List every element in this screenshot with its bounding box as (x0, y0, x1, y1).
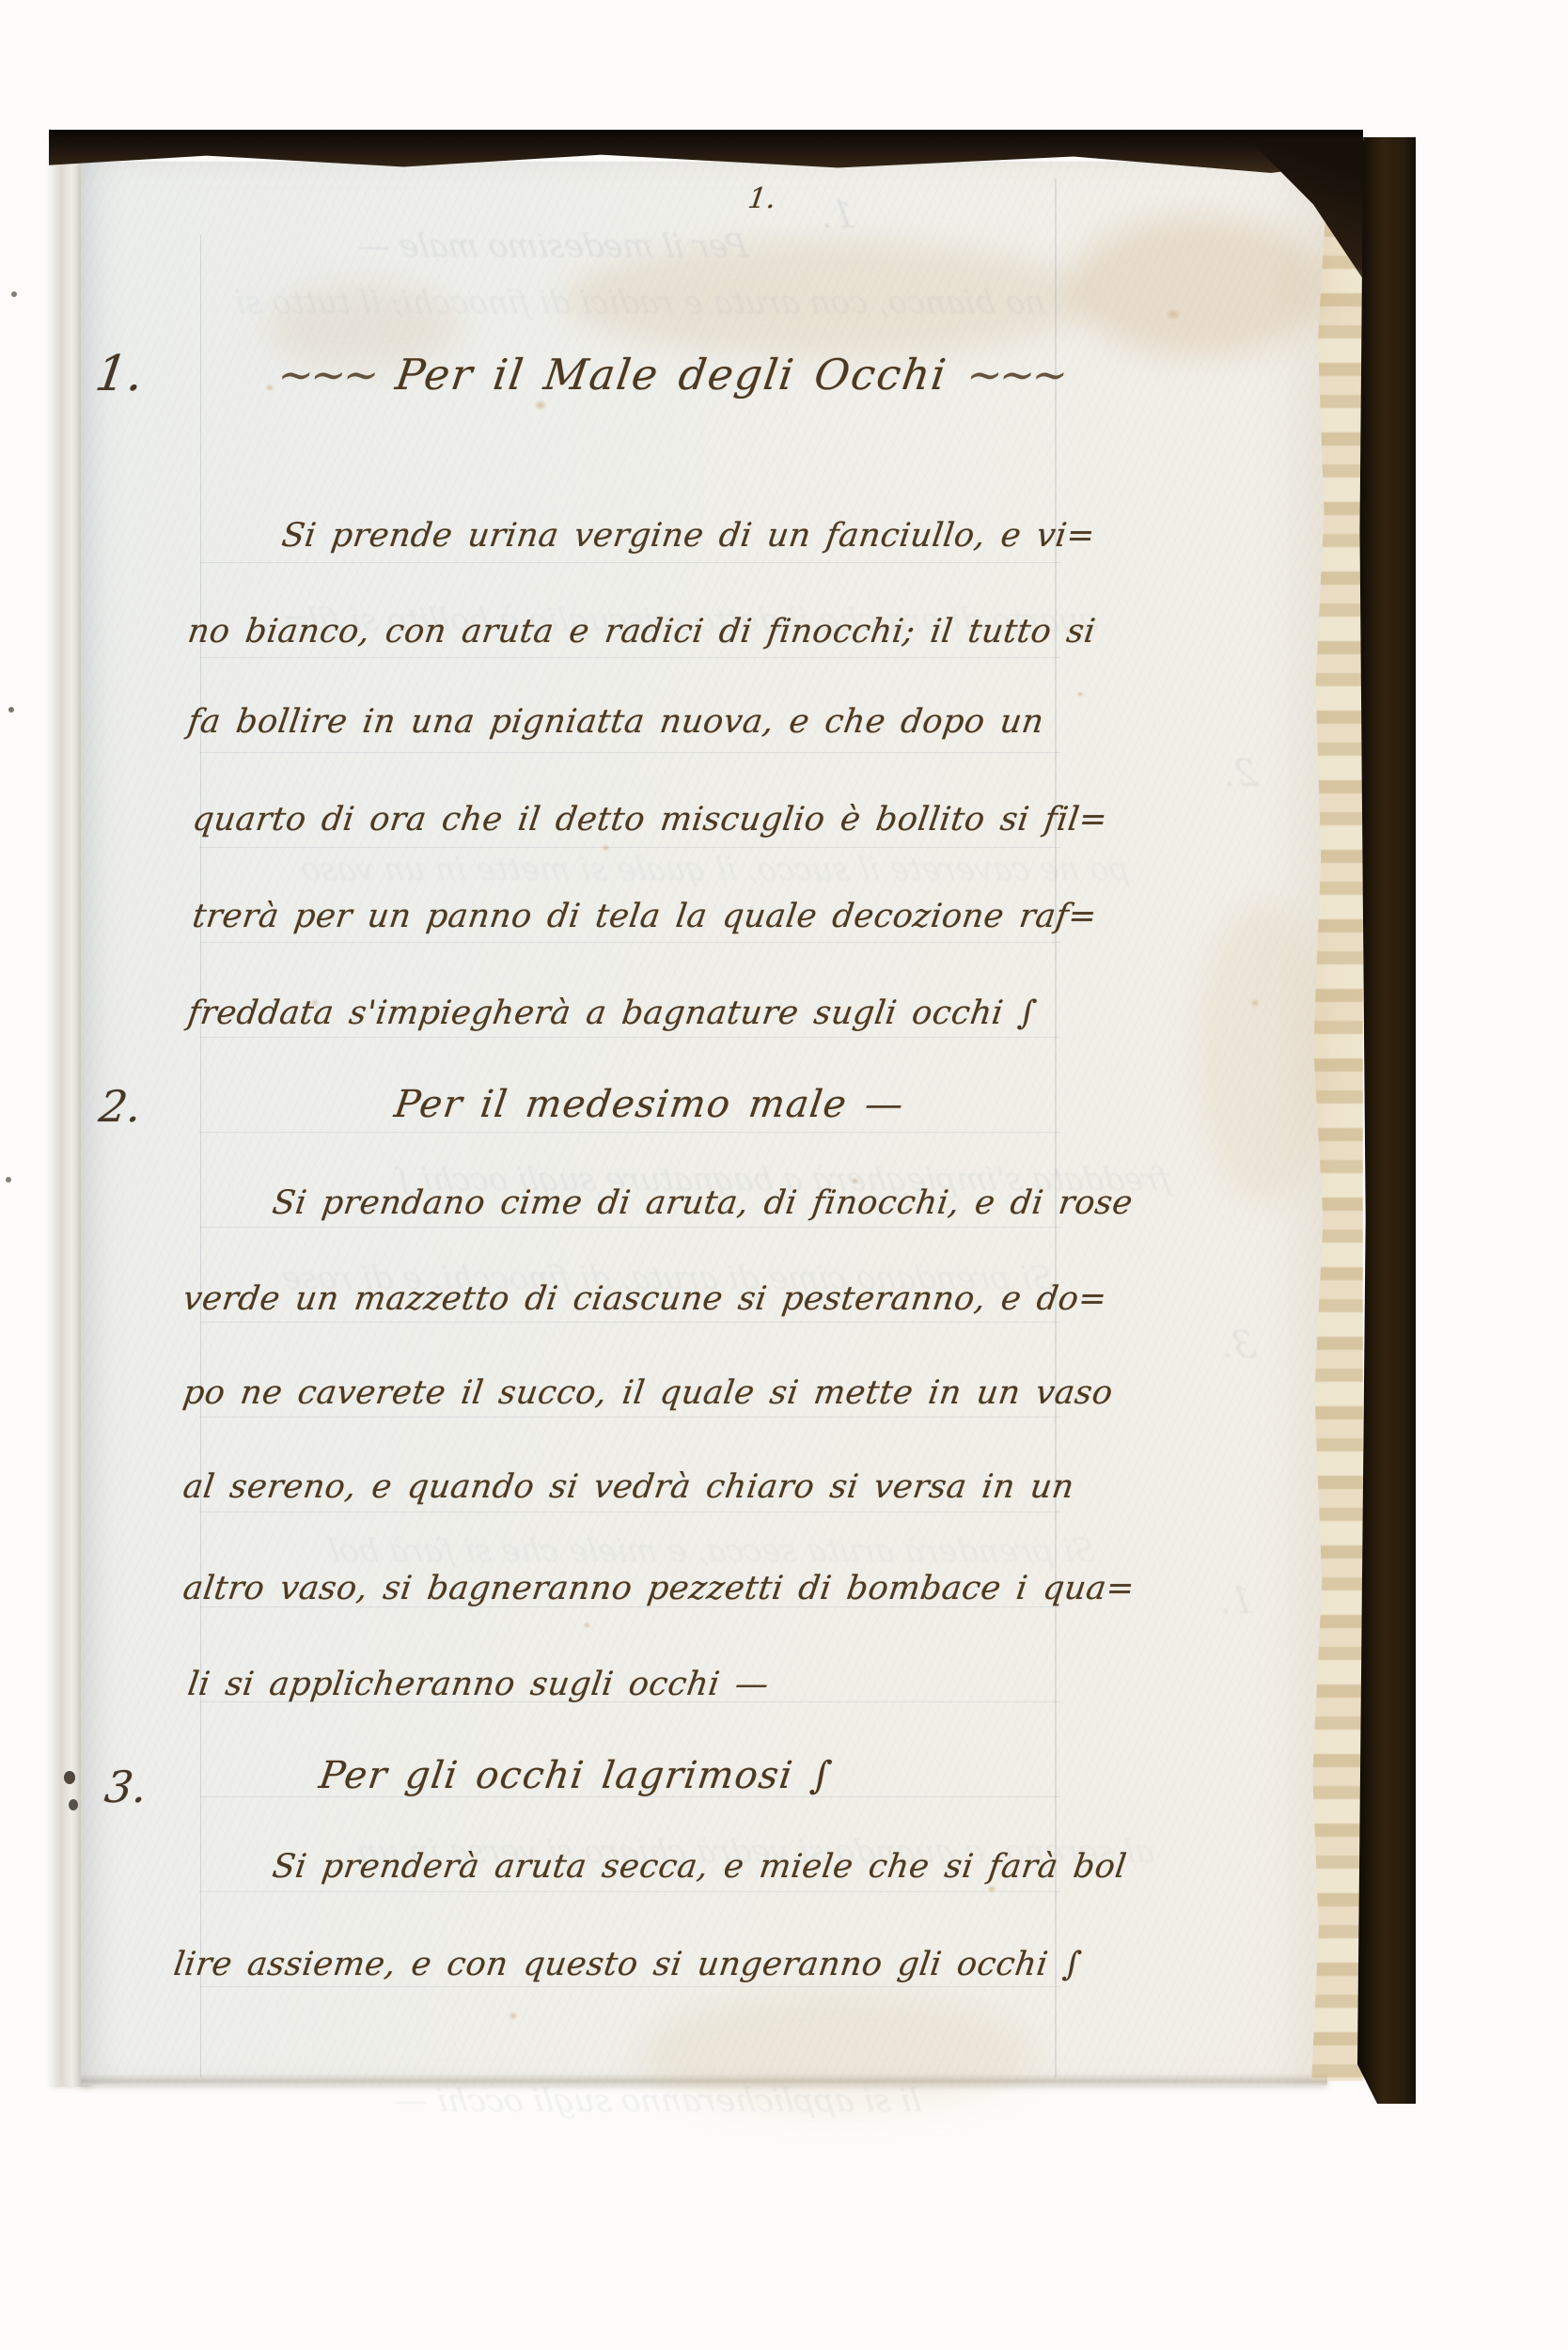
section-number-1: 1. (92, 346, 148, 402)
showthrough-text: po ne caverete il succo, il quale si met… (298, 851, 1132, 888)
margin-rule-left (200, 235, 201, 2077)
section-heading-2: Per il medesimo male — (392, 1083, 907, 1126)
showthrough-text: no bianco, con aruta e radici di finocch… (232, 284, 1048, 321)
showthrough-text: 1. (817, 194, 859, 237)
heading-text: Per il Male degli Occhi (393, 350, 950, 399)
manuscript-line: trerà per un panno di tela la quale deco… (190, 898, 1099, 935)
manuscript-line: Si prende urina vergine di un fanciullo,… (279, 517, 1097, 555)
facing-page-mark (11, 291, 17, 297)
heading-flourish-left: ~~~ (274, 350, 380, 399)
foxing-spot (1076, 691, 1084, 697)
showthrough-text: Si prenderà aruta secca, e miele che si … (326, 1532, 1098, 1570)
foxing-spot (1250, 998, 1260, 1008)
heading-flourish-right: ~~~ (964, 350, 1069, 399)
manuscript-line: verde un mazzetto di ciascune si pestera… (180, 1280, 1109, 1318)
manuscript-line: freddata s'impiegherà a bagnature sugli … (185, 995, 1039, 1032)
book-cover-right-edge (1357, 137, 1416, 2104)
section-number-2: 2. (96, 1081, 145, 1132)
showthrough-number: 1. (1215, 1579, 1258, 1622)
showthrough-number: 2. (1219, 752, 1262, 795)
manuscript-line: altro vaso, si bagneranno pezzetti di bo… (180, 1570, 1137, 1607)
paper-stain (1199, 902, 1330, 1203)
showthrough-number: 3. (1217, 1324, 1260, 1367)
binding-hole (69, 1799, 78, 1810)
showthrough-text: li si applicheranno sugli occhi — (392, 2082, 923, 2120)
manuscript-line: quarto di ora che il detto miscuglio è b… (190, 801, 1109, 838)
facing-page-mark (8, 707, 14, 713)
paper-stain (1072, 216, 1325, 357)
manuscript-line: no bianco, con aruta e radici di finocch… (185, 613, 1098, 650)
section-number-3: 3. (102, 1762, 150, 1812)
manuscript-line: fa bollire in una pigniatta nuova, e che… (185, 703, 1046, 741)
manuscript-line: po ne caverete il succo, il quale si met… (180, 1374, 1115, 1412)
manuscript-line: Si prendano cime di aruta, di finocchi, … (270, 1184, 1135, 1222)
manuscript-line: lire assieme, e con questo si ungeranno … (171, 1946, 1084, 1983)
foxing-spot (534, 399, 547, 411)
facing-page-mark (6, 1177, 11, 1183)
page-number: 1. (746, 182, 779, 215)
section-heading-3: Per gli occhi lagrimosi ∫ (317, 1754, 836, 1797)
manuscript-line: al sereno, e quando si vedrà chiaro si v… (180, 1468, 1076, 1506)
binding-hole (64, 1771, 75, 1784)
showthrough-text: Per il medesimo male — (354, 227, 750, 265)
foxing-spot (265, 384, 274, 392)
foxing-spot (1166, 308, 1181, 321)
section-heading-1: ~~~ Per il Male degli Occhi ~~~ (274, 350, 1068, 399)
manuscript-line: Si prenderà aruta secca, e miele che si … (270, 1848, 1129, 1886)
manuscript-photo: Per il medesimo male — no bianco, con ar… (0, 0, 1568, 2350)
margin-rule-showthrough (1055, 179, 1057, 2077)
manuscript-line: li si applicheranno sugli occhi — (185, 1666, 771, 1703)
